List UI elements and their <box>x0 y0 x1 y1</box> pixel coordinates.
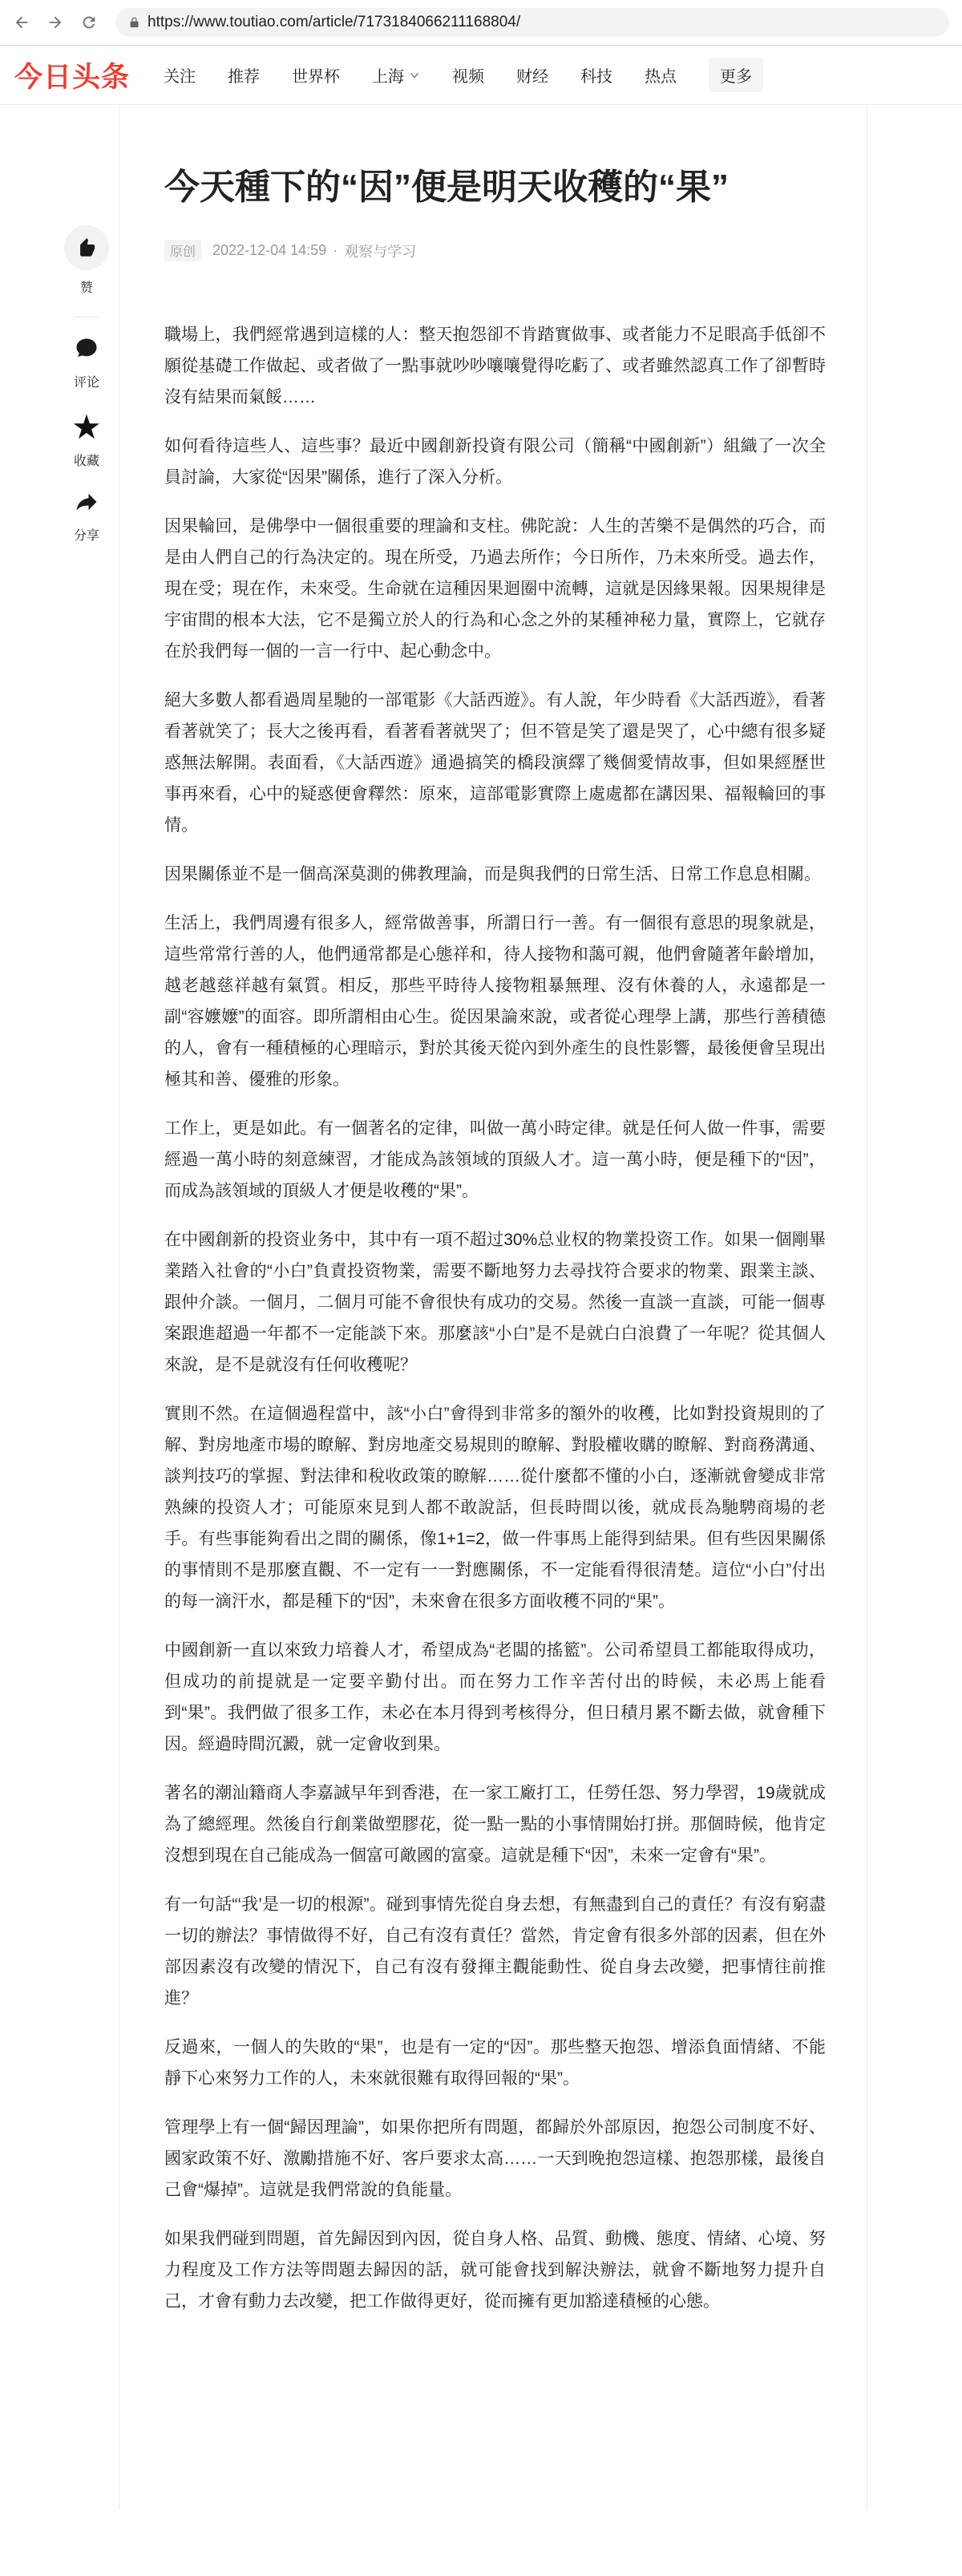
author-name[interactable]: 观察与学习 <box>344 241 416 261</box>
share-label: 分享 <box>63 525 110 544</box>
paragraph: 如何看待這些人、這些事？最近中國創新投資有限公司（簡稱“中國創新”）組織了一次全… <box>164 431 826 493</box>
nav-item-more[interactable]: 更多 <box>709 58 763 92</box>
nav-item-finance[interactable]: 财经 <box>516 63 548 87</box>
nav-item-tech[interactable]: 科技 <box>580 63 612 87</box>
paragraph: 有一句話“‘我’是一切的根源”。碰到事情先從自身去想，有無盡到自己的責任？有沒有… <box>164 1889 826 2014</box>
toutiao-logo[interactable]: 今日头条 <box>14 55 130 95</box>
paragraph: 生活上，我們周邊有很多人，經常做善事，所謂日行一善。有一個很有意思的現象就是，這… <box>164 908 826 1095</box>
padlock-icon <box>128 17 140 29</box>
star-icon: ★ <box>63 411 110 443</box>
article-content: 職場上，我們經常遇到這樣的人：整天抱怨卻不肯踏實做事、或者能力不足眼高手低卻不願… <box>164 319 826 2317</box>
paragraph: 管理學上有一個“歸因理論”，如果你把所有問題，都歸於外部原因，抱怨公司制度不好、… <box>164 2112 826 2206</box>
share-icon <box>75 490 99 514</box>
reload-icon <box>80 14 98 31</box>
nav-item-video[interactable]: 视频 <box>452 63 484 87</box>
favorite-button[interactable]: ★ 收藏 <box>63 411 110 469</box>
paragraph: 工作上，更是如此。有一個著名的定律，叫做一萬小時定律。就是任何人做一件事，需要經… <box>164 1113 826 1207</box>
paragraph: 著名的潮汕籍商人李嘉誠早年到香港，在一家工廠打工，任勞任怨、努力學習，19歲就成… <box>164 1777 826 1871</box>
share-button[interactable]: 分享 <box>63 490 110 544</box>
comment-button[interactable]: 评论 <box>63 337 110 390</box>
nav-item-worldcup[interactable]: 世界杯 <box>292 63 340 87</box>
browser-toolbar: https://www.toutiao.com/article/71731840… <box>0 0 962 46</box>
nav-item-follow[interactable]: 关注 <box>164 63 196 87</box>
paragraph: 職場上，我們經常遇到這樣的人：整天抱怨卻不肯踏實做事、或者能力不足眼高手低卻不願… <box>164 319 826 413</box>
browser-back-button[interactable] <box>8 9 35 36</box>
arrow-right-icon <box>46 14 64 31</box>
article-card: 今天種下的“因”便是明天收穫的“果” 原创 2022-12-04 14:59 ·… <box>119 105 867 2510</box>
nav-item-hot[interactable]: 热点 <box>645 63 677 87</box>
nav-item-shanghai[interactable]: 上海 <box>372 63 420 87</box>
nav-item-recommend[interactable]: 推荐 <box>228 63 260 87</box>
browser-reload-button[interactable] <box>75 9 103 36</box>
paragraph: 在中國創新的投资业务中，其中有一項不超过30%总业权的物業投资工作。如果一個剛畢… <box>164 1224 826 1381</box>
comment-label: 评论 <box>63 372 110 390</box>
site-header: 今日头条 关注 推荐 世界杯 上海 视频 财经 科技 热点 更多 <box>0 46 962 105</box>
meta-separator: · <box>333 242 338 259</box>
arrow-left-icon <box>13 14 30 31</box>
browser-forward-button[interactable] <box>42 9 69 36</box>
article-title: 今天種下的“因”便是明天收穫的“果” <box>164 163 826 212</box>
comment-icon <box>75 337 99 361</box>
url-text: https://www.toutiao.com/article/71731840… <box>148 14 520 31</box>
article-meta: 原创 2022-12-04 14:59 · 观察与学习 <box>164 240 826 261</box>
action-rail: 赞 评论 ★ 收藏 分享 <box>63 225 110 564</box>
paragraph: 絕大多數人都看過周星馳的一部電影《大話西遊》。有人說，年少時看《大話西遊》，看著… <box>164 685 826 841</box>
original-badge: 原创 <box>164 240 201 261</box>
paragraph: 實則不然。在這個過程當中，該“小白”會得到非常多的額外的收穫，比如對投資規則的了… <box>164 1398 826 1617</box>
like-button[interactable]: 赞 <box>63 225 110 296</box>
like-label: 赞 <box>63 277 110 296</box>
url-bar[interactable]: https://www.toutiao.com/article/71731840… <box>115 8 949 37</box>
paragraph: 因果輪回，是佛學中一個很重要的理論和支柱。佛陀說：人生的苦樂不是偶然的巧合，而是… <box>164 511 826 667</box>
chevron-down-icon <box>409 70 420 81</box>
paragraph: 中國創新一直以來致力培養人才，希望成為“老闆的搖籃”。公司希望員工都能取得成功，… <box>164 1635 826 1760</box>
paragraph: 因果關係並不是一個高深莫測的佛教理論，而是與我們的日常生活、日常工作息息相關。 <box>164 859 826 890</box>
paragraph: 如果我們碰到問題，首先歸因到內因，從自身人格、品質、動機、態度、情緒、心境、努力… <box>164 2223 826 2317</box>
thumbs-up-icon <box>76 237 97 258</box>
main-nav: 关注 推荐 世界杯 上海 视频 财经 科技 热点 更多 <box>164 58 763 92</box>
page-body: 赞 评论 ★ 收藏 分享 今天種下的“因”便是明天收穫的“果” 原创 2022-… <box>0 105 962 2510</box>
rail-divider <box>75 317 99 317</box>
favorite-label: 收藏 <box>63 451 110 469</box>
publish-time: 2022-12-04 14:59 <box>212 242 326 259</box>
paragraph: 反過來，一個人的失敗的“果”，也是有一定的“因”。那些整天抱怨、增添負面情緒、不… <box>164 2032 826 2094</box>
